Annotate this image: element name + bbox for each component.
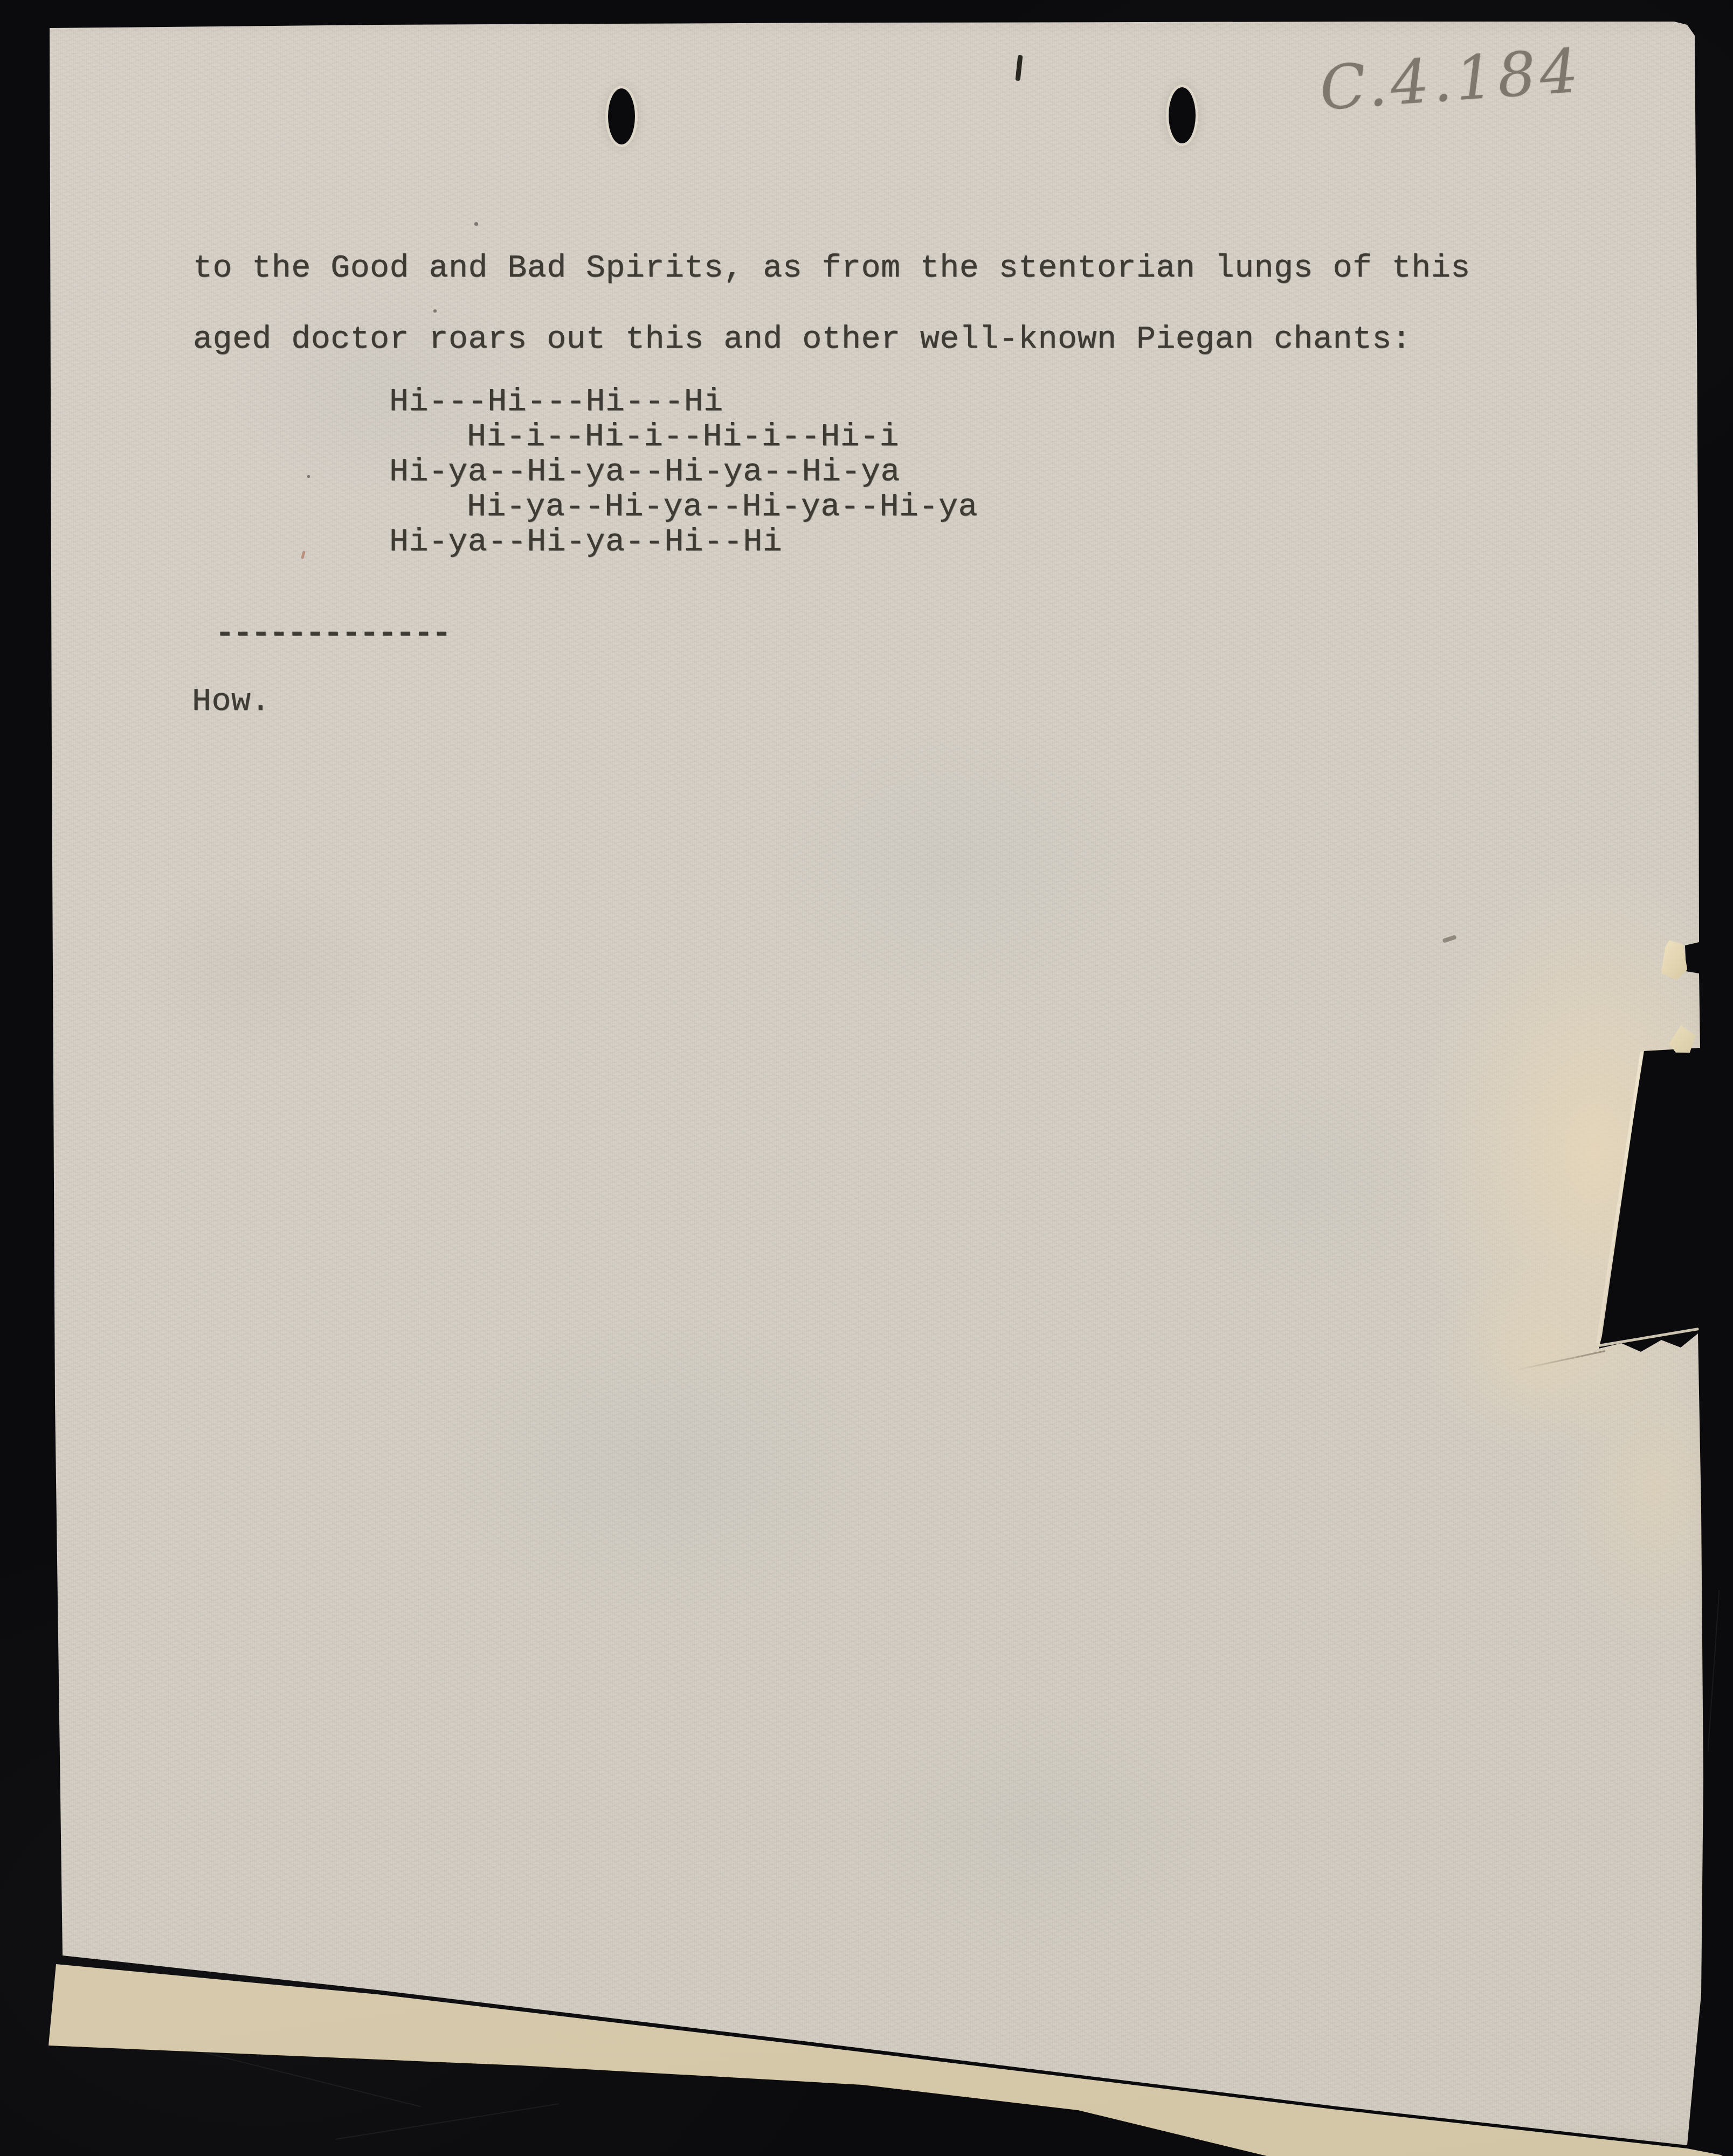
chant-line: Hi-ya--Hi-ya--Hi--Hi (389, 526, 782, 558)
chant-line: Hi-ya--Hi-ya--Hi-ya--Hi-ya (467, 491, 978, 523)
scanner-scratch-mark (1708, 1590, 1720, 1751)
handwritten-catalog-number: C.4.184 (1318, 40, 1584, 119)
chant-line: Hi-i--Hi-i--Hi-i--Hi-i (467, 421, 899, 453)
torn-edge-fibers (1599, 1328, 1699, 1347)
punch-hole-right (1169, 87, 1196, 143)
typed-paragraph-line: to the Good and Bad Spirits, as from the… (193, 252, 1470, 285)
paper-speck (307, 475, 310, 478)
paper-fiber-speck (301, 551, 306, 559)
paper-speck (433, 309, 437, 313)
divider-dashes: ------------- (215, 618, 450, 650)
paper-speck (474, 222, 478, 226)
closing-word: How. (192, 686, 271, 718)
punch-hole-left (608, 88, 635, 144)
chant-line: Hi-ya--Hi-ya--Hi-ya--Hi-ya (389, 456, 900, 488)
scanner-background: C.4.184 to the Good and Bad Spirits, as … (0, 0, 1733, 2156)
typed-paragraph-line: aged doctor roars out this and other wel… (193, 323, 1411, 356)
chant-line: Hi---Hi---Hi---Hi (389, 386, 723, 418)
paper-speck (1442, 935, 1456, 943)
document-page: C.4.184 to the Good and Bad Spirits, as … (0, 0, 1733, 2156)
scanner-scratch-mark (335, 2103, 559, 2140)
top-edge-tear (1016, 55, 1023, 81)
